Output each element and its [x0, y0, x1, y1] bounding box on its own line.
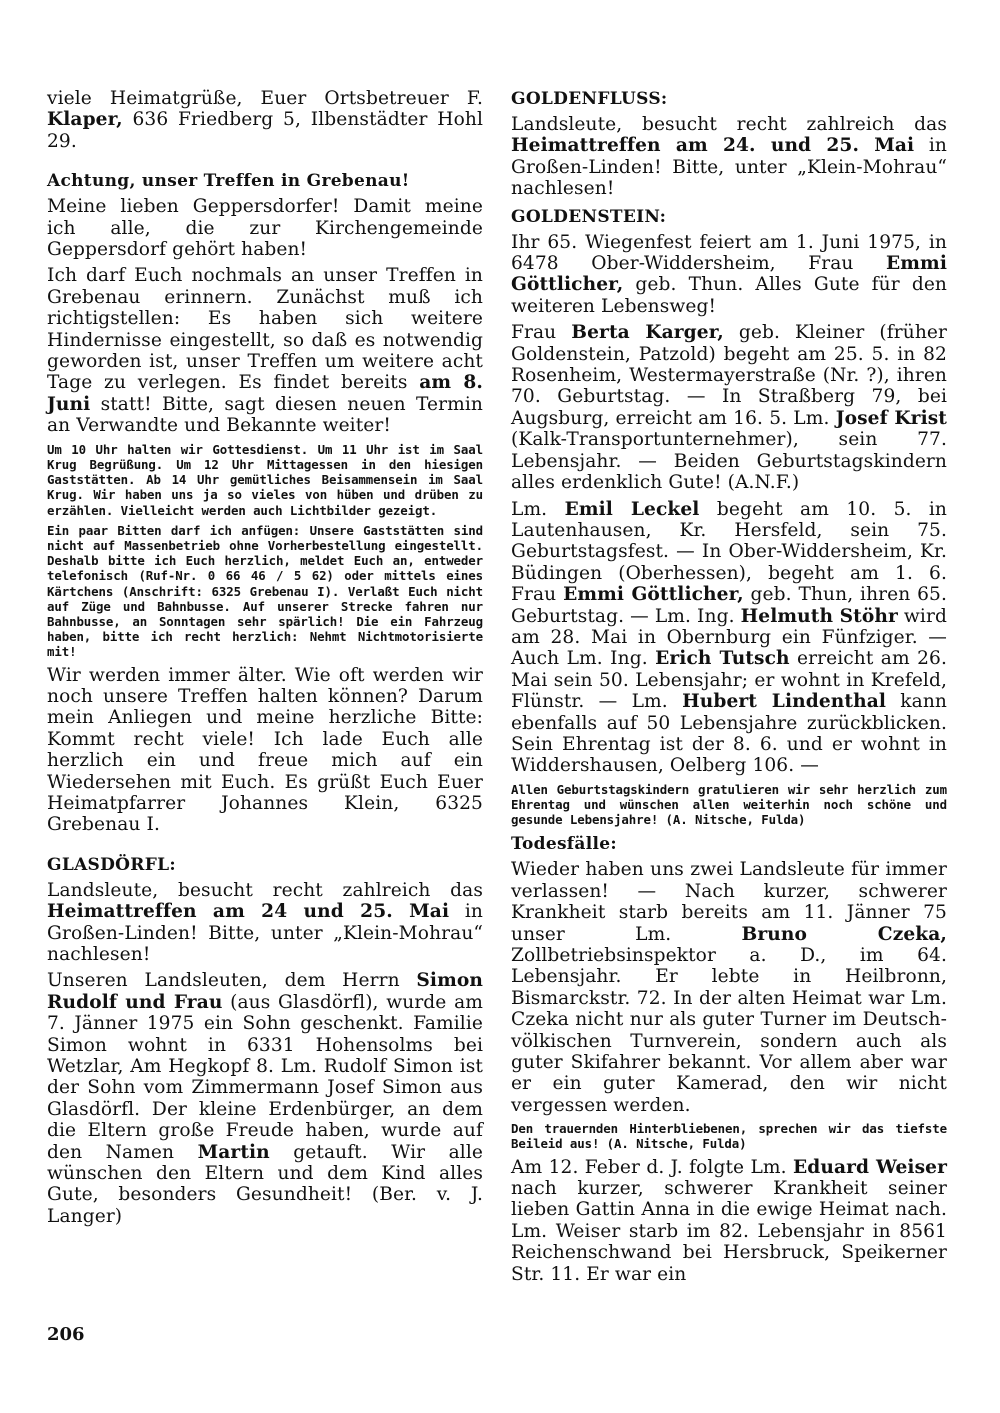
bold-name-text: Klaper,	[47, 109, 123, 130]
grebenau-paragraph-1: Meine lieben Geppersdorfer! Damit meine …	[47, 196, 483, 260]
body-text: (aus Glasdörfl), wurde am 7. Jänner 1975…	[47, 992, 483, 1163]
todesfaelle-paragraph-1: Wieder haben uns zwei Landsleute für imm…	[511, 859, 947, 1116]
bold-name-text: Emil Leckel	[565, 499, 700, 520]
body-text: Um 10 Uhr halten wir Gottesdienst. Um 11…	[47, 442, 483, 518]
right-column: GOLDENFLUSS: Landsleute, besucht recht z…	[511, 88, 947, 1290]
goldenstein-paragraph-2: Frau Berta Karger, geb. Kleiner (früher …	[511, 322, 947, 493]
bold-name-text: Ein paar Bitten	[47, 523, 162, 538]
body-text: (Kalk-Transportunternehmer), sein 77. Le…	[511, 429, 947, 493]
bold-name-text: Erich Tutsch	[655, 648, 789, 669]
goldenfluss-paragraph: Landsleute, besucht recht zahlreich das …	[511, 114, 947, 200]
body-text: statt! Bitte, sagt diesen neuen Termin a…	[47, 394, 483, 436]
bold-name-text: Martin	[198, 1142, 270, 1163]
heading-todesfaelle: Todesfälle:	[511, 833, 947, 855]
todesfaelle-condolence-note: Den trauernden Hinterbliebenen, sprechen…	[511, 1121, 947, 1151]
body-text: Frau	[511, 322, 571, 343]
bold-name-text: Hubert Lindenthal	[682, 691, 886, 712]
heading-grebenau: Achtung, unser Treffen in Grebenau!	[47, 170, 483, 192]
body-text: Landsleute, besucht recht zahlreich das	[511, 114, 947, 135]
bold-name-text: Heimattreffen am 24 und 25. Mai	[47, 901, 449, 922]
body-text: darf ich anfügen: Unsere Gaststätten sin…	[47, 523, 483, 660]
grebenau-schedule-note: Um 10 Uhr halten wir Gottesdienst. Um 11…	[47, 442, 483, 518]
bold-name-text: Heimattreffen am 24. und 25. Mai	[511, 135, 914, 156]
body-text: Meine lieben Geppersdorfer! Damit meine …	[47, 196, 483, 260]
grebenau-paragraph-3: Wir werden immer älter. Wie oft werden w…	[47, 665, 483, 836]
body-text: nach kurzer, schwerer Krankheit seiner l…	[511, 1178, 947, 1285]
goldenstein-paragraph-3: Lm. Emil Leckel begeht am 10. 5. in Laut…	[511, 499, 947, 777]
body-text: Am 12. Feber d. J. folgte Lm.	[511, 1157, 793, 1178]
body-text: Allen Geburtstagskindern gratulieren wir…	[511, 782, 947, 827]
bold-name-text: Bruno Czeka,	[742, 924, 947, 945]
intro-paragraph: viele Heimatgrüße, Euer Ortsbetreuer F. …	[47, 88, 483, 152]
bold-name-text: Berta Karger,	[571, 322, 724, 343]
glasdoerfl-paragraph-2: Unseren Landsleuten, dem Herrn Simon Rud…	[47, 970, 483, 1227]
grebenau-requests-note: Ein paar Bitten darf ich anfügen: Unsere…	[47, 523, 483, 660]
todesfaelle-paragraph-2: Am 12. Feber d. J. folgte Lm. Eduard Wei…	[511, 1157, 947, 1285]
body-text: Landsleute, besucht recht zahlreich das	[47, 880, 483, 901]
body-text: Ihr 65. Wiegenfest feiert am 1. Juni 197…	[511, 232, 947, 274]
body-text: Ich darf Euch nochmals an unser Treffen …	[47, 265, 483, 393]
goldenstein-greeting-note: Allen Geburtstagskindern gratulieren wir…	[511, 782, 947, 828]
body-text: Wir werden immer älter. Wie oft werden w…	[47, 665, 483, 836]
bold-name-text: Josef Krist	[836, 408, 947, 429]
left-column: viele Heimatgrüße, Euer Ortsbetreuer F. …	[47, 88, 483, 1232]
heading-goldenfluss: GOLDENFLUSS:	[511, 88, 947, 110]
bold-name-text: Helmuth Stöhr	[741, 606, 898, 627]
heading-goldenstein: GOLDENSTEIN:	[511, 206, 947, 228]
glasdoerfl-paragraph-1: Landsleute, besucht recht zahlreich das …	[47, 880, 483, 966]
bold-name-text: Emmi Göttlicher,	[563, 584, 744, 605]
document-page: viele Heimatgrüße, Euer Ortsbetreuer F. …	[0, 0, 1000, 1413]
body-text: viele Heimatgrüße, Euer Ortsbetreuer F.	[47, 88, 483, 109]
page-number: 206	[47, 1324, 85, 1345]
bold-name-text: Eduard Weiser	[793, 1157, 947, 1178]
body-text: Lm.	[511, 499, 565, 520]
grebenau-paragraph-2: Ich darf Euch nochmals an unser Treffen …	[47, 265, 483, 436]
heading-glasdoerfl: GLASDÖRFL:	[47, 854, 483, 876]
body-text: Den trauernden Hinterbliebenen, sprechen…	[511, 1121, 947, 1151]
goldenstein-paragraph-1: Ihr 65. Wiegenfest feiert am 1. Juni 197…	[511, 232, 947, 318]
body-text: Zollbetriebsinspektor a. D., im 64. Lebe…	[511, 945, 947, 1116]
body-text: Unseren Landsleuten, dem Herrn	[47, 970, 416, 991]
